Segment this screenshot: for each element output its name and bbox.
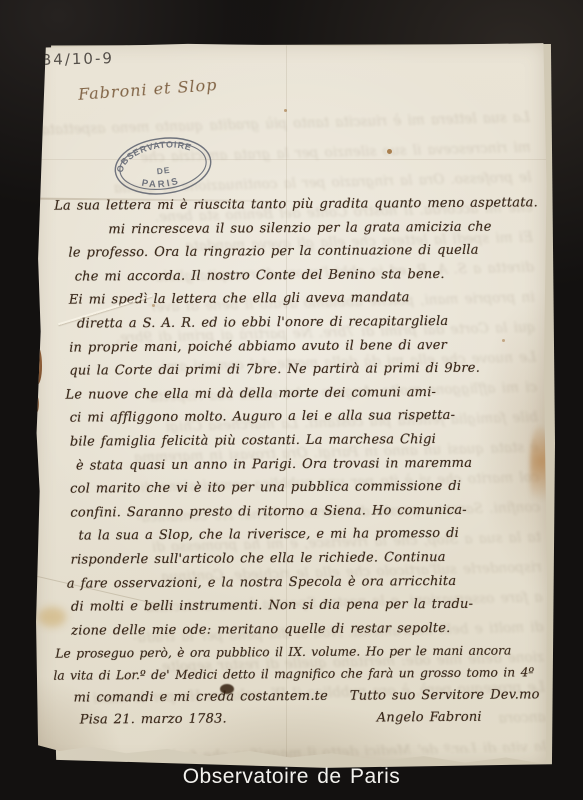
letter-page: B4/10-9 Fabroni et Slop OBSERVATOIRE DE … bbox=[34, 41, 547, 767]
signature-row: Pisa 21. marzo 1783. Angelo Fabroni bbox=[54, 710, 542, 735]
archivist-note: Fabroni et Slop bbox=[78, 75, 219, 104]
letter-line: confini. Saranno presto di ritorno a Sie… bbox=[52, 502, 540, 529]
letter-line: col marito che vi è ito per una pubblica… bbox=[52, 478, 540, 505]
letter-line: le professo. Ora la ringrazio per la con… bbox=[50, 242, 538, 269]
dateline: Pisa 21. marzo 1783. bbox=[80, 712, 227, 735]
letter-line: qui la Corte dai primi di 7bre. Ne parti… bbox=[51, 360, 539, 387]
closing-right: Tutto suo Servitore Dev.mo bbox=[350, 688, 540, 711]
letter-line: in proprie mani, poiché abbiamo avuto il… bbox=[51, 337, 539, 364]
letter-line: diretta a S. A. R. ed io ebbi l'onore di… bbox=[51, 313, 539, 340]
letter-line: che mi accorda. Il nostro Conte del Beni… bbox=[51, 266, 539, 293]
letter-line: Le nuove che ella mi dà della morte dei … bbox=[51, 384, 539, 411]
signature: Angelo Fabroni bbox=[377, 710, 482, 733]
letter-line: bile famiglia felicità più costanti. La … bbox=[52, 431, 540, 458]
archival-photograph: B4/10-9 Fabroni et Slop OBSERVATOIRE DE … bbox=[0, 0, 583, 800]
letter-line: di molti e belli instrumenti. Non si dia… bbox=[53, 596, 541, 623]
letter-text: La sua lettera mi è riuscita tanto più g… bbox=[50, 195, 542, 735]
letter-line: Ei mi spedì la lettera che ella gli avev… bbox=[51, 290, 539, 317]
observatoire-oval-stamp-icon: OBSERVATOIRE DE PARIS bbox=[108, 128, 217, 204]
svg-text:OBSERVATOIRE: OBSERVATOIRE bbox=[112, 136, 196, 175]
photo-caption: Observatoire de Paris bbox=[0, 765, 583, 789]
seal-remnant-stain bbox=[30, 393, 39, 415]
letter-line: è stata quasi un anno in Parigi. Ora tro… bbox=[52, 455, 540, 482]
foxing-dot bbox=[387, 149, 392, 154]
letter-line: La sua lettera mi è riuscita tanto più g… bbox=[50, 195, 538, 222]
letter-line: ta la sua a Slop, che la riverisce, e mi… bbox=[52, 526, 540, 553]
letter-line: ci mi affliggono molto. Auguro a lei e a… bbox=[52, 408, 540, 435]
stamp-line-1: OBSERVATOIRE bbox=[112, 136, 196, 175]
seal-remnant-stain bbox=[31, 345, 42, 385]
archive-reference: B4/10-9 bbox=[41, 49, 114, 69]
foxing-dot bbox=[284, 109, 287, 112]
letter-line: risponderle sull'articolo che ella le ri… bbox=[53, 549, 541, 576]
closing-left: mi comandi e mi creda costantem.te bbox=[74, 689, 328, 713]
stamp-line-2: DE bbox=[156, 165, 171, 177]
letter-line: mi rincresceva il suo silenzio per la gr… bbox=[50, 219, 538, 246]
letter-line: a fare osservazioni, e la nostra Specola… bbox=[53, 573, 541, 600]
